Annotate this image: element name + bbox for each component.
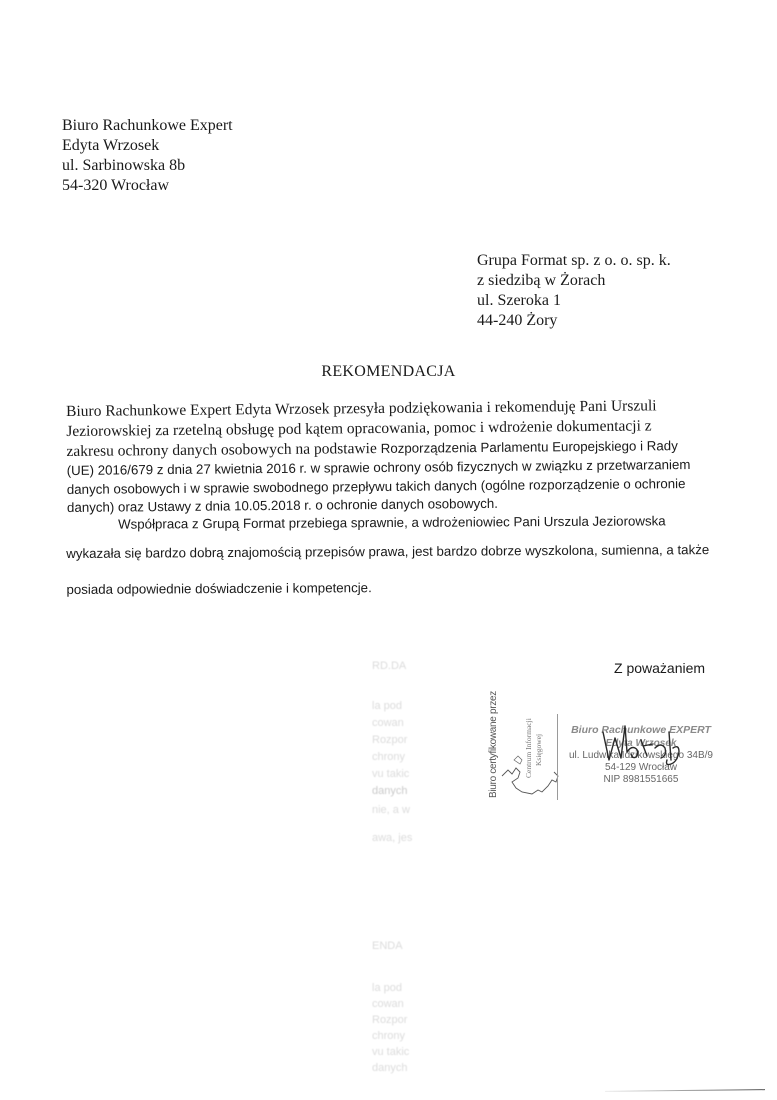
sender-city: 54-320 Wrocław	[62, 176, 233, 196]
bleed-text: danych	[372, 1062, 407, 1074]
sender-street: ul. Sarbinowska 8b	[62, 156, 233, 176]
bleed-text: chrony	[372, 751, 405, 763]
bleed-text: cowan	[372, 998, 404, 1010]
paragraph-line-part: Rozporządzenia Parlamentu Europejskiego …	[381, 438, 678, 456]
paragraph-line-part: zakresu ochrony danych osobowych na pods…	[66, 440, 380, 460]
bleed-text: chrony	[372, 1030, 405, 1042]
recommendation-paragraph: Biuro Rachunkowe Expert Edyta Wrzosek pr…	[66, 396, 727, 518]
recipient-seat: z siedzibą w Żorach	[477, 271, 671, 291]
paragraph-line: wykazała się bardzo dobrą znajomością pr…	[66, 541, 726, 563]
bleed-text: Rozpor	[372, 734, 407, 746]
stamp-nip: NIP 8981551665	[561, 774, 721, 786]
recipient-address: Grupa Format sp. z o. o. sp. k. z siedzi…	[477, 251, 671, 331]
closing-salutation: Z poważaniem	[614, 660, 705, 676]
recipient-company: Grupa Format sp. z o. o. sp. k.	[477, 251, 671, 271]
document-title: REKOMENDACJA	[0, 363, 777, 381]
signature-icon	[595, 718, 685, 766]
bleed-text: vu takic	[372, 768, 409, 780]
bleed-text: la pod	[372, 700, 402, 712]
sender-address: Biuro Rachunkowe Expert Edyta Wrzosek ul…	[62, 116, 233, 196]
bleed-text: danych	[372, 785, 407, 797]
sender-company: Biuro Rachunkowe Expert	[62, 116, 233, 136]
recipient-city: 44-240 Żory	[477, 311, 671, 331]
paragraph-line: Współpraca z Grupą Format przebiega spra…	[66, 512, 726, 534]
poland-map-icon	[498, 746, 560, 798]
bleed-text: nie, a w	[372, 804, 410, 816]
bleed-text: awa, jes	[372, 832, 412, 844]
recipient-street: ul. Szeroka 1	[477, 291, 671, 311]
sender-name: Edyta Wrzosek	[62, 136, 233, 156]
bleed-text: ENDA	[372, 940, 403, 952]
certification-stamp: Biuro certyfikowane przez Centrum Inform…	[484, 706, 560, 798]
bleed-text: RD.DA	[372, 660, 406, 672]
bleed-text: la pod	[372, 982, 402, 994]
stamp-divider	[557, 714, 558, 800]
scan-edge-line	[605, 1089, 765, 1092]
cooperation-paragraph: Współpraca z Grupą Format przebiega spra…	[66, 512, 726, 599]
bleed-text: vu takic	[372, 1046, 409, 1058]
bleed-text: cowan	[372, 717, 404, 729]
paragraph-line: posiada odpowiednie doświadczenie i komp…	[66, 577, 726, 599]
bleed-text: Rozpor	[372, 1014, 407, 1026]
